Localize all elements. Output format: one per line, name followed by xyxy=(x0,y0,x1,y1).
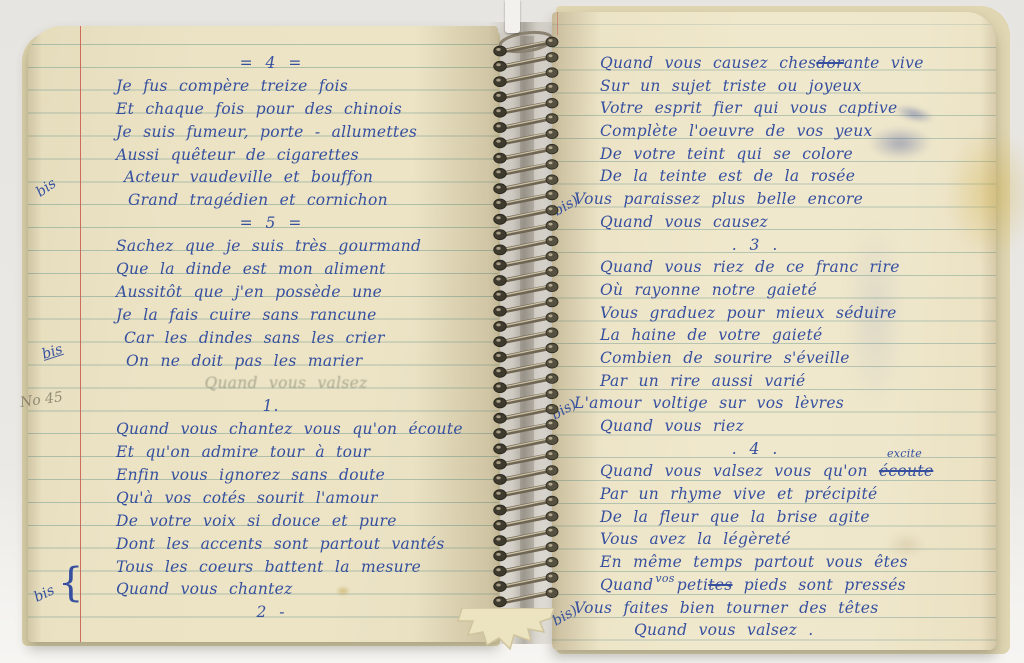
verse-line: Votre esprit fier qui vous captive xyxy=(600,97,996,120)
torn-paper-icon xyxy=(448,608,572,660)
verse-line: Quand vous riez de ce franc rire xyxy=(600,256,996,279)
verse-line: Où rayonne notre gaieté xyxy=(600,279,996,302)
verse-line: Quandvospetites pieds sont pressés xyxy=(600,574,996,597)
verse-line: La haine de votre gaieté xyxy=(600,324,996,347)
binding-top-tab xyxy=(505,0,520,33)
line-part: pieds sont pressés xyxy=(732,576,905,594)
right-page-text: Quand vous causez chesdorante vive Sur u… xyxy=(600,52,996,642)
verse-line: Enfin vous ignorez sans doute xyxy=(116,464,498,487)
verse-line: Grand tragédien et cornichon xyxy=(128,189,498,212)
verse-line: Quand vous causez xyxy=(600,211,996,234)
verse-line: On ne doit pas les marier xyxy=(126,350,498,373)
verse-line: Je suis fumeur, porte - allumettes xyxy=(116,121,498,144)
verse-number-3: . 3 . xyxy=(600,234,910,257)
verse-line: Combien de sourire s'éveille xyxy=(600,347,996,370)
verse-line: Par un rire aussi varié xyxy=(600,370,996,393)
verse-line: Sur un sujet triste ou joyeux xyxy=(600,75,996,98)
spiral-binding-icon xyxy=(478,0,574,663)
verse-line: Et chaque fois pour des chinois xyxy=(116,98,498,121)
verse-line: Sachez que je suis très gourmand xyxy=(116,235,498,258)
verse-line: Je la fais cuire sans rancune xyxy=(116,304,498,327)
margin-brace: { xyxy=(58,563,83,603)
verse-line: De votre voix si douce et pure xyxy=(116,510,498,533)
line-part: Quand vous valsez vous qu'on xyxy=(600,462,879,480)
left-page-text: = 4 = Je fus compère treize fois Et chaq… xyxy=(116,52,498,624)
verse-line: Quand vous causez chesdorante vive xyxy=(600,52,996,75)
line-part: peti xyxy=(677,576,708,594)
verse-line: Vous avez la légèreté xyxy=(600,528,996,551)
notebook-scan: = 4 = Je fus compère treize fois Et chaq… xyxy=(0,0,1024,663)
verse-line: Aussi quêteur de cigarettes xyxy=(116,144,498,167)
verse-line: Quand vous valsez vous qu'on exciteécout… xyxy=(600,460,996,483)
verse-line: Et qu'on admire tour à tour xyxy=(116,441,498,464)
verse-line: De votre teint qui se colore xyxy=(600,143,996,166)
inserted-word: excite xyxy=(887,448,922,459)
erased-pencil-title: Quand vous valsez xyxy=(116,372,456,395)
verse-line: Car les dindes sans les crier xyxy=(124,327,498,350)
verse-line: Acteur vaudeville et bouffon xyxy=(124,166,498,189)
verse-line: Tous les coeurs battent la mesure xyxy=(116,556,498,579)
verse-line: Complète l'oeuvre de vos yeux xyxy=(600,120,996,143)
correction: exciteécoute xyxy=(879,460,933,483)
verse-number-1: 1. xyxy=(116,395,426,418)
section-header-4: = 4 = xyxy=(116,52,426,75)
verse-line: Quand vous valsez . xyxy=(634,619,996,642)
verse-line: Quand vous riez xyxy=(600,415,996,438)
verse-line: Quand vous chantez vous qu'on écoute xyxy=(116,418,498,441)
line-part: ante vive xyxy=(844,54,924,72)
line-part: Quand vous causez ches xyxy=(600,54,816,72)
verse-line: De la teinte est de la rosée xyxy=(600,165,996,188)
verse-line: De la fleur que la brise agite xyxy=(600,506,996,529)
verse-line: Que la dinde est mon aliment xyxy=(116,258,498,281)
verse-line: Par un rhyme vive et précipité xyxy=(600,483,996,506)
verse-number-2: 2 - xyxy=(116,601,426,624)
verse-line: Aussitôt que j'en possède une xyxy=(116,281,498,304)
verse-line: Dont les accents sont partout vantés xyxy=(116,533,498,556)
line-part: Quand xyxy=(600,576,653,594)
verse-line-bis: L'amour voltige sur vos lèvres xyxy=(574,392,996,415)
struck-word: dor xyxy=(816,54,844,72)
verse-line: Vous graduez pour mieux séduire xyxy=(600,302,996,325)
struck-word: tes xyxy=(708,576,732,594)
verse-line-bis: Vous paraissez plus belle encore xyxy=(574,188,996,211)
left-margin-line xyxy=(80,26,81,642)
struck-word: écoute xyxy=(879,462,933,480)
verse-line: En même temps partout vous êtes xyxy=(600,551,996,574)
verse-line-bis: Vous faites bien tourner des têtes xyxy=(574,597,996,620)
verse-line: Quand vous chantez xyxy=(116,578,498,601)
section-header-5: = 5 = xyxy=(116,212,426,235)
inserted-word: vos xyxy=(655,572,674,585)
verse-number-4: . 4 . xyxy=(600,438,910,461)
verse-line: Je fus compère treize fois xyxy=(116,75,498,98)
verse-line: Qu'à vos cotés sourit l'amour xyxy=(116,487,498,510)
